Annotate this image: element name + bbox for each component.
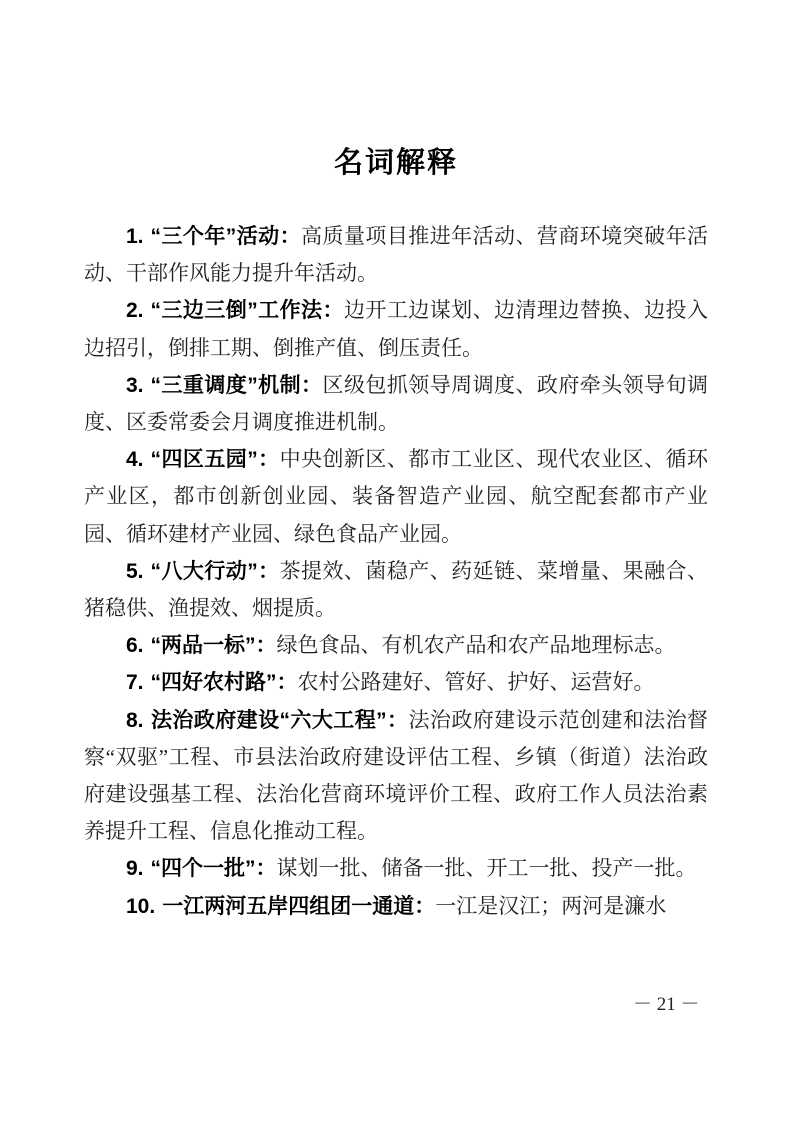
item-number: 1.: [126, 225, 144, 248]
document-page: 名词解释 1.“三个年”活动：高质量项目推进年活动、营商环境突破年活动、干部作风…: [0, 0, 792, 1121]
item-number: 10.: [126, 895, 155, 918]
item-term: “四好农村路”：: [151, 671, 298, 694]
item-number: 5.: [126, 560, 144, 583]
item-term: “八大行动”：: [151, 560, 280, 583]
item-term: 一江两河五岸四组团一通道：: [162, 895, 435, 918]
glossary-item-8: 8.法治政府建设“六大工程”：法治政府建设示范创建和法治督察“双驱”工程、市县法…: [84, 702, 708, 851]
item-number: 3.: [126, 374, 144, 397]
item-text: 农村公路建好、管好、护好、运营好。: [298, 670, 655, 694]
glossary-item-7: 7.“四好农村路”：农村公路建好、管好、护好、运营好。: [84, 664, 708, 701]
item-term: “三个年”活动：: [151, 225, 302, 248]
item-text: 谋划一批、储备一批、开工一批、投产一批。: [277, 856, 697, 880]
glossary-item-9: 9.“四个一批”：谋划一批、储备一批、开工一批、投产一批。: [84, 850, 708, 887]
item-number: 8.: [126, 709, 144, 732]
item-number: 4.: [126, 448, 144, 471]
glossary-item-4: 4.“四区五园”：中央创新区、都市工业区、现代农业区、循环产业区，都市创新创业园…: [84, 441, 708, 553]
item-term: “两品一标”：: [151, 634, 277, 657]
glossary-item-2: 2.“三边三倒”工作法：边开工边谋划、边清理边替换、边投入边招引，倒排工期、倒推…: [84, 292, 708, 366]
item-number: 7.: [126, 671, 144, 694]
item-text: 一江是汉江；两河是濂水: [435, 894, 666, 918]
item-text: 绿色食品、有机农产品和农产品地理标志。: [277, 633, 676, 657]
item-number: 2.: [126, 299, 144, 322]
glossary-item-1: 1.“三个年”活动：高质量项目推进年活动、营商环境突破年活动、干部作风能力提升年…: [84, 218, 708, 292]
page-title: 名词解释: [0, 142, 792, 184]
item-term: “三边三倒”工作法：: [151, 299, 344, 322]
item-term: 法治政府建设“六大工程”：: [151, 709, 409, 732]
item-term: “三重调度”机制：: [151, 374, 323, 397]
item-number: 9.: [126, 857, 144, 880]
glossary-item-10: 10.一江两河五岸四组团一通道：一江是汉江；两河是濂水: [84, 888, 708, 925]
page-number: － 21 －: [633, 989, 695, 1016]
glossary-item-3: 3.“三重调度”机制：区级包抓领导周调度、政府牵头领导旬调度、区委常委会月调度推…: [84, 367, 708, 441]
glossary-item-5: 5.“八大行动”：茶提效、菌稳产、药延链、菜增量、果融合、猪稳供、渔提效、烟提质…: [84, 553, 708, 627]
item-term: “四个一批”：: [151, 857, 277, 880]
item-term: “四区五园”：: [151, 448, 280, 471]
glossary-item-6: 6.“两品一标”：绿色食品、有机农产品和农产品地理标志。: [84, 627, 708, 664]
item-number: 6.: [126, 634, 144, 657]
document-body: 1.“三个年”活动：高质量项目推进年活动、营商环境突破年活动、干部作风能力提升年…: [84, 218, 708, 925]
